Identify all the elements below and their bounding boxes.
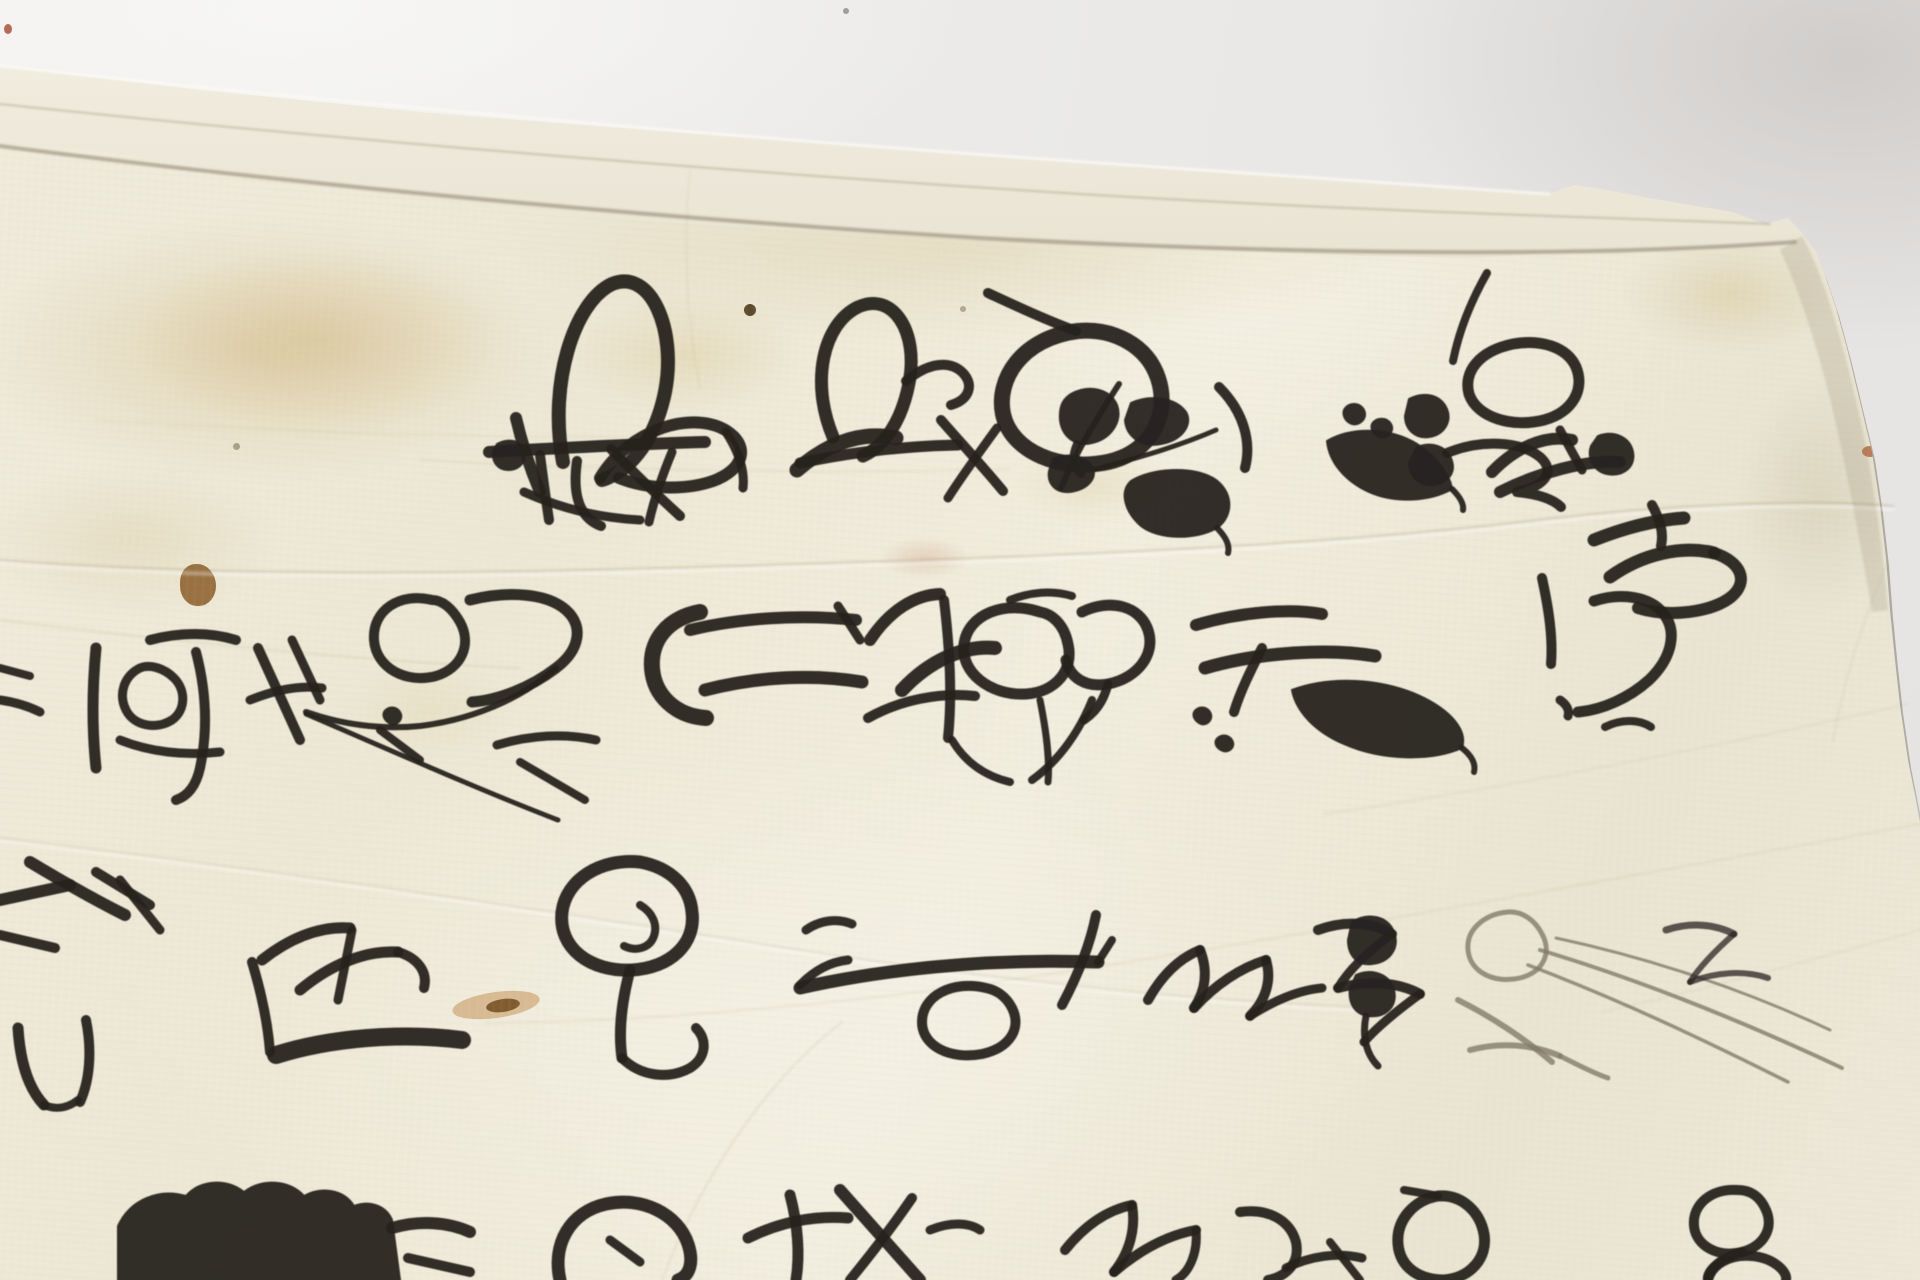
brush-stroke — [497, 736, 596, 745]
crease-line — [686, 170, 700, 388]
brush-stroke — [1528, 965, 1788, 1082]
creases-and-calligraphy — [0, 0, 1920, 1280]
brush-stroke — [262, 928, 350, 960]
brush-stroke — [470, 595, 577, 702]
brush-stroke — [1371, 419, 1392, 438]
brush-stroke — [0, 885, 70, 900]
brush-stroke — [705, 677, 862, 690]
brush-stroke — [306, 714, 558, 820]
brush-stroke — [1065, 1205, 1132, 1250]
brush-stroke — [1365, 1016, 1379, 1066]
brush-stroke — [383, 708, 401, 725]
brush-stroke — [93, 648, 96, 768]
ink-cluster-row4-ink-blob — [118, 1183, 470, 1280]
crease-line — [96, 420, 662, 437]
brush-stroke — [122, 666, 182, 725]
fold-edge-line — [0, 104, 1770, 224]
brush-stroke — [1098, 940, 1112, 962]
brush-stroke — [1694, 1190, 1769, 1254]
ink-cluster-row4-glyph-z — [1065, 1205, 1297, 1280]
ink-cluster-row2-double-loop — [964, 593, 1150, 782]
brush-stroke — [252, 962, 270, 1052]
brush-stroke — [1594, 518, 1684, 540]
brush-stroke — [1462, 748, 1475, 772]
ink-cluster-row4-loop-glyph — [1286, 1190, 1485, 1280]
brush-stroke — [922, 986, 1015, 1055]
brush-stroke — [520, 762, 585, 800]
ink-cluster-row2-glyph-h — [1193, 611, 1474, 772]
ink-cluster-row1-circle-glyph — [988, 293, 1162, 474]
brush-stroke — [1343, 404, 1365, 424]
brush-stroke — [1398, 1196, 1485, 1280]
brush-stroke — [1452, 489, 1463, 510]
ink-cluster-row2-glyph-n — [250, 640, 322, 740]
brush-stroke — [176, 652, 205, 800]
paper-edge-shading — [1780, 236, 1888, 612]
fold-edge-lines — [0, 66, 1795, 252]
ink-cluster-row3-big-loop-glyph — [562, 862, 704, 1075]
brush-stroke — [1219, 387, 1247, 468]
brush-stroke — [18, 1028, 44, 1105]
brush-stroke — [1125, 470, 1230, 537]
brush-stroke — [1292, 681, 1463, 758]
brush-stroke — [930, 1224, 980, 1230]
ink-cluster-row2-glyph-m — [0, 634, 236, 800]
brush-stroke — [1049, 456, 1094, 493]
brush-stroke — [1468, 343, 1579, 423]
brush-stroke — [1066, 605, 1150, 685]
brush-stroke — [622, 1028, 704, 1075]
ink-cluster-row2-glyph-k — [652, 606, 862, 718]
brush-stroke — [1468, 912, 1546, 980]
ink-cluster-row2-loop-tail-glyph — [306, 595, 596, 820]
brush-stroke — [806, 921, 852, 930]
ink-cluster-row1-lower-marks — [524, 449, 680, 526]
brush-stroke — [1348, 917, 1396, 965]
brush-stroke — [1560, 700, 1569, 716]
brush-stroke — [493, 441, 525, 470]
brush-stroke — [1193, 708, 1211, 725]
brush-stroke — [1010, 593, 1072, 600]
brush-stroke — [1215, 736, 1233, 752]
brush-stroke — [0, 700, 40, 712]
brush-stroke — [870, 594, 940, 640]
brush-stroke — [1196, 611, 1322, 625]
photo-of-calligraphy-manuscript — [0, 0, 1920, 1280]
brush-stroke — [790, 1195, 798, 1280]
brush-stroke — [408, 1258, 470, 1272]
ink-cluster-row4-double-loop-glyph — [1694, 1190, 1786, 1280]
brush-stroke — [1610, 550, 1714, 577]
brush-stroke — [540, 455, 549, 520]
ink-calligraphy — [0, 273, 1842, 1280]
brush-stroke — [118, 1183, 400, 1280]
brush-stroke — [1605, 721, 1651, 727]
brush-stroke — [1560, 1056, 1608, 1078]
brush-stroke — [44, 1100, 78, 1108]
ink-cluster-row4-glyph-y — [748, 1190, 980, 1280]
brush-stroke — [1458, 1000, 1552, 1062]
ink-cluster-row4-circle-glyph — [558, 1202, 691, 1280]
brush-stroke — [0, 935, 55, 948]
brush-stroke — [150, 634, 236, 640]
brush-stroke — [80, 1020, 89, 1102]
brush-stroke — [690, 617, 856, 630]
brush-stroke — [952, 740, 1010, 782]
ink-cluster-row3-left-edge-glyphs — [0, 862, 160, 1108]
brush-stroke — [1540, 950, 1842, 1068]
brush-stroke — [1666, 925, 1734, 934]
brush-stroke — [906, 365, 969, 405]
brush-stroke — [0, 668, 30, 676]
brush-stroke — [610, 1240, 640, 1262]
brush-stroke — [944, 600, 950, 738]
brush-stroke — [1350, 972, 1395, 1016]
brush-stroke — [374, 598, 465, 678]
brush-stroke — [620, 970, 630, 1058]
brush-stroke — [988, 293, 1076, 331]
brush-stroke — [558, 1202, 691, 1280]
brush-stroke — [1578, 597, 1671, 712]
brush-stroke — [1590, 434, 1634, 475]
brush-stroke — [1542, 578, 1552, 664]
brush-stroke — [1125, 398, 1188, 445]
ink-cluster-row2-right-column-hook — [1542, 578, 1671, 727]
brush-stroke — [1405, 395, 1448, 437]
ink-cluster-row1-glyph-b — [797, 303, 1003, 498]
brush-stroke — [398, 952, 425, 988]
ink-cluster-row3-glyph-q — [252, 928, 462, 1055]
brush-stroke — [1708, 1256, 1786, 1280]
brush-stroke — [392, 1223, 470, 1232]
brush-stroke — [868, 695, 975, 718]
fold-edge-line — [0, 146, 1795, 252]
brush-stroke — [1453, 273, 1487, 361]
crease-highlight — [0, 506, 1893, 576]
brush-stroke — [276, 1036, 462, 1055]
brush-stroke — [1205, 652, 1375, 668]
